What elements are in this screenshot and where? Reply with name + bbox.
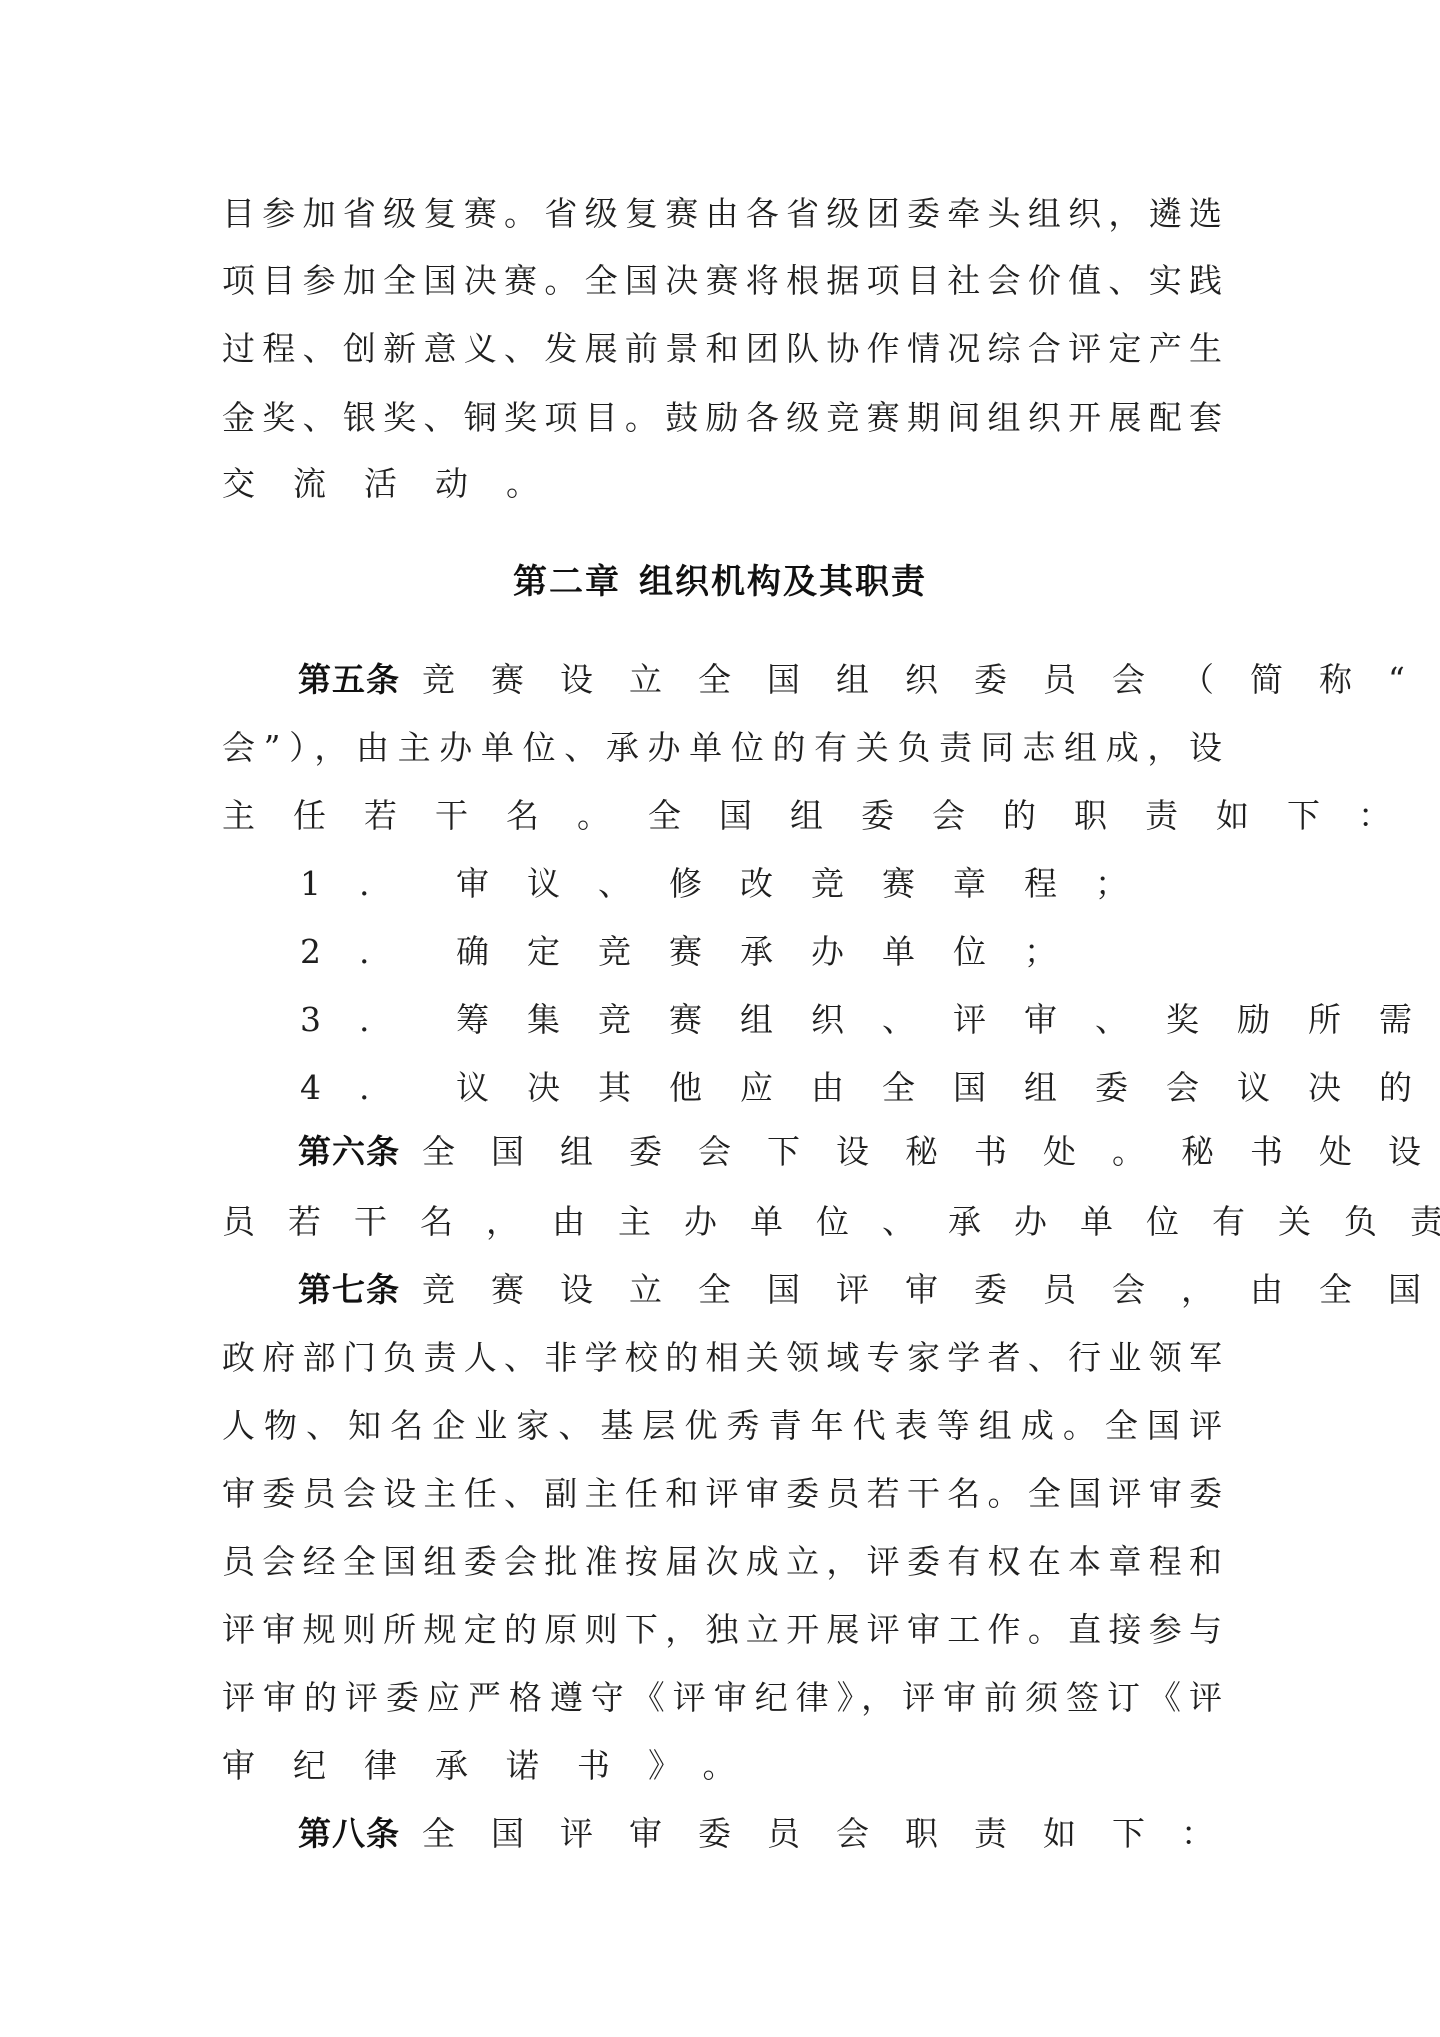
article-line: 员会经全国组委会批准按届次成立，评委有权在本章程和 (222, 1528, 1222, 1596)
article-line: 人物、知名企业家、基层优秀青年代表等组成。全国评 (222, 1392, 1222, 1460)
chapter-heading: 第二章组织机构及其职责 (0, 548, 1440, 616)
article-label: 第六条 (298, 1132, 400, 1171)
article-label: 第五条 (298, 660, 400, 699)
article-text: 全国评审委员会职责如下： (422, 1814, 1250, 1853)
paragraph-line: 交流活动。 (222, 450, 1222, 518)
article-5-first-line: 第五条竞赛设立全国组织委员会（简称“全国组委 (298, 646, 1298, 714)
list-item: 3. 筹集竞赛组织、评审、奖励所需的经费； (300, 986, 1300, 1054)
paragraph-line: 过程、创新意义、发展前景和团队协作情况综合评定产生 (222, 315, 1222, 383)
chapter-title: 组织机构及其职责 (639, 562, 927, 602)
document-page: 目参加省级复赛。省级复赛由各省级团委牵头组织，遴选 项目参加全国决赛。全国决赛将… (0, 0, 1440, 2037)
article-text: 竞赛设立全国评审委员会，由全国组委会聘请 (422, 1270, 1440, 1309)
article-line: 审纪律承诺书》。 (222, 1732, 1222, 1800)
article-line: 政府部门负责人、非学校的相关领域专家学者、行业领军 (222, 1324, 1222, 1392)
article-line: 员若干名，由主办单位、承办单位有关负责同志担任。 (222, 1188, 1222, 1256)
paragraph-line: 金奖、银奖、铜奖项目。鼓励各级竞赛期间组织开展配套 (222, 384, 1222, 452)
article-6-first-line: 第六条全国组委会下设秘书处。秘书处设秘书长、委 (298, 1118, 1298, 1186)
article-line: 评审的评委应严格遵守《评审纪律》，评审前须签订《评 (222, 1664, 1222, 1732)
paragraph-line: 目参加省级复赛。省级复赛由各省级团委牵头组织，遴选 (222, 180, 1222, 248)
article-text: 竞赛设立全国组织委员会（简称“全国组委 (422, 660, 1440, 699)
article-line: 会”），由主办单位、承办单位的有关负责同志组成，设 (222, 714, 1222, 782)
list-item: 2. 确定竞赛承办单位； (300, 918, 1300, 986)
article-line: 主任若干名。全国组委会的职责如下： (222, 782, 1222, 850)
chapter-number: 第二章 (513, 562, 621, 602)
article-line: 审委员会设主任、副主任和评审委员若干名。全国评审委 (222, 1460, 1222, 1528)
article-label: 第七条 (298, 1270, 400, 1309)
article-label: 第八条 (298, 1814, 400, 1853)
article-8-first-line: 第八条全国评审委员会职责如下： (298, 1800, 1298, 1868)
list-item: 1. 审议、修改竞赛章程； (300, 850, 1300, 918)
list-item: 4. 议决其他应由全国组委会议决的事项。 (300, 1054, 1300, 1122)
article-line: 评审规则所规定的原则下，独立开展评审工作。直接参与 (222, 1596, 1222, 1664)
article-text: 全国组委会下设秘书处。秘书处设秘书长、委 (422, 1132, 1440, 1171)
article-7-first-line: 第七条竞赛设立全国评审委员会，由全国组委会聘请 (298, 1256, 1298, 1324)
paragraph-line: 项目参加全国决赛。全国决赛将根据项目社会价值、实践 (222, 247, 1222, 315)
